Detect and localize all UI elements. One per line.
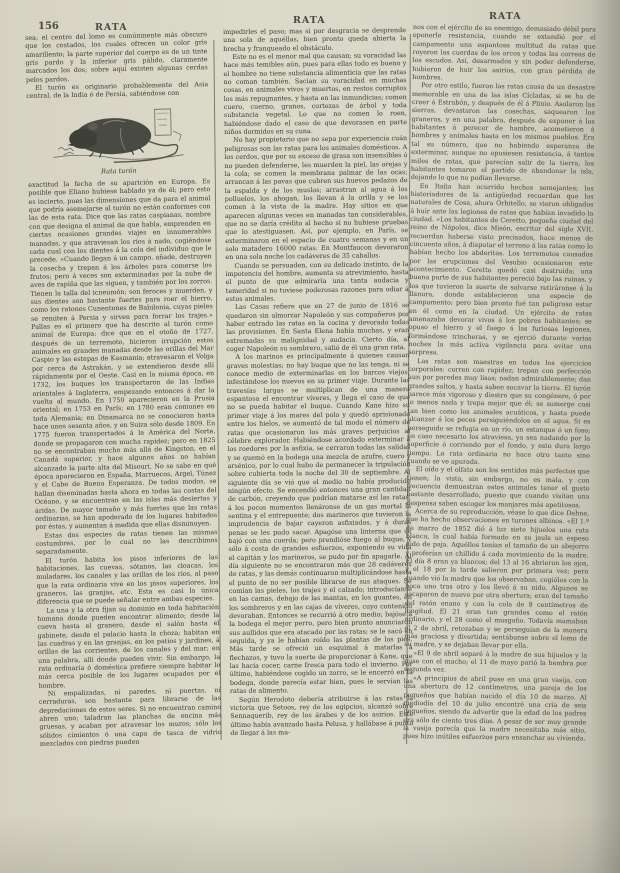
paragraph: Cuando se persuaden, con su delicado ins… <box>225 260 408 304</box>
paragraph: Acerca de su reproducción, véase lo que … <box>404 507 589 651</box>
paragraph: El turón es originario probablemente del… <box>26 80 208 100</box>
paragraph: »El 9 de abril separé á la madre de sus … <box>404 649 587 677</box>
paragraph: El oído y el olfato son los sentidos más… <box>406 465 590 509</box>
paragraph: En Italia han ocurrido hechos semejantes… <box>408 182 593 360</box>
rat-engraving-icon <box>42 102 193 167</box>
paragraph: Ni empalizadas, ni paredes, ni puertas, … <box>39 686 222 748</box>
column-right: nos con el ejército de su enemigo, demas… <box>403 23 596 743</box>
paragraph: El turón habita los pisos inferiores de … <box>36 553 219 607</box>
paragraph: nos con el ejército de su enemigo, demas… <box>412 23 596 84</box>
paragraph: »A principios de abril puse en una gran … <box>403 674 587 743</box>
paragraph: A los marinos es principalmente á quiene… <box>226 351 413 695</box>
paragraph: Estas dos especies de ratas tienen las m… <box>35 528 217 557</box>
running-head-center: RATA <box>293 15 326 26</box>
paragraph: impedirles el paso; mas si por desgracia… <box>223 26 406 53</box>
paragraph: sea; el centro del lomo es comúnmente má… <box>25 30 208 84</box>
column-middle: impedirles el paso; mas si por desgracia… <box>223 26 413 737</box>
paragraph: Por otro estilo, fueron las ratas causa … <box>411 81 595 184</box>
column-left: sea; el centro del lomo es comúnmente má… <box>25 30 222 748</box>
paragraph: Las ratas son maestras en todos los ejer… <box>407 357 591 468</box>
paragraph: Según Herodoto debería atribuirse á las … <box>230 694 413 738</box>
paragraph: No hay propietario que no sepa por exper… <box>224 135 408 262</box>
paragraph: Este no es el menor mal que causan; su v… <box>223 51 407 136</box>
page-number: 156 <box>38 21 59 32</box>
encyclopedia-page: 156 RATA RATA RATA sea; el centro del lo… <box>0 0 620 873</box>
paragraph: Las Casas refiere que en 27 de junio de … <box>226 301 410 353</box>
running-head-right: RATA <box>489 11 522 22</box>
paragraph: exactitud la fecha de su aparición en Eu… <box>28 177 217 531</box>
figure-rata-turon: Rata turón <box>27 102 210 177</box>
paragraph: La una y la otra fijan su dominio en tod… <box>37 603 221 690</box>
page-bottom-shadow <box>0 813 620 873</box>
